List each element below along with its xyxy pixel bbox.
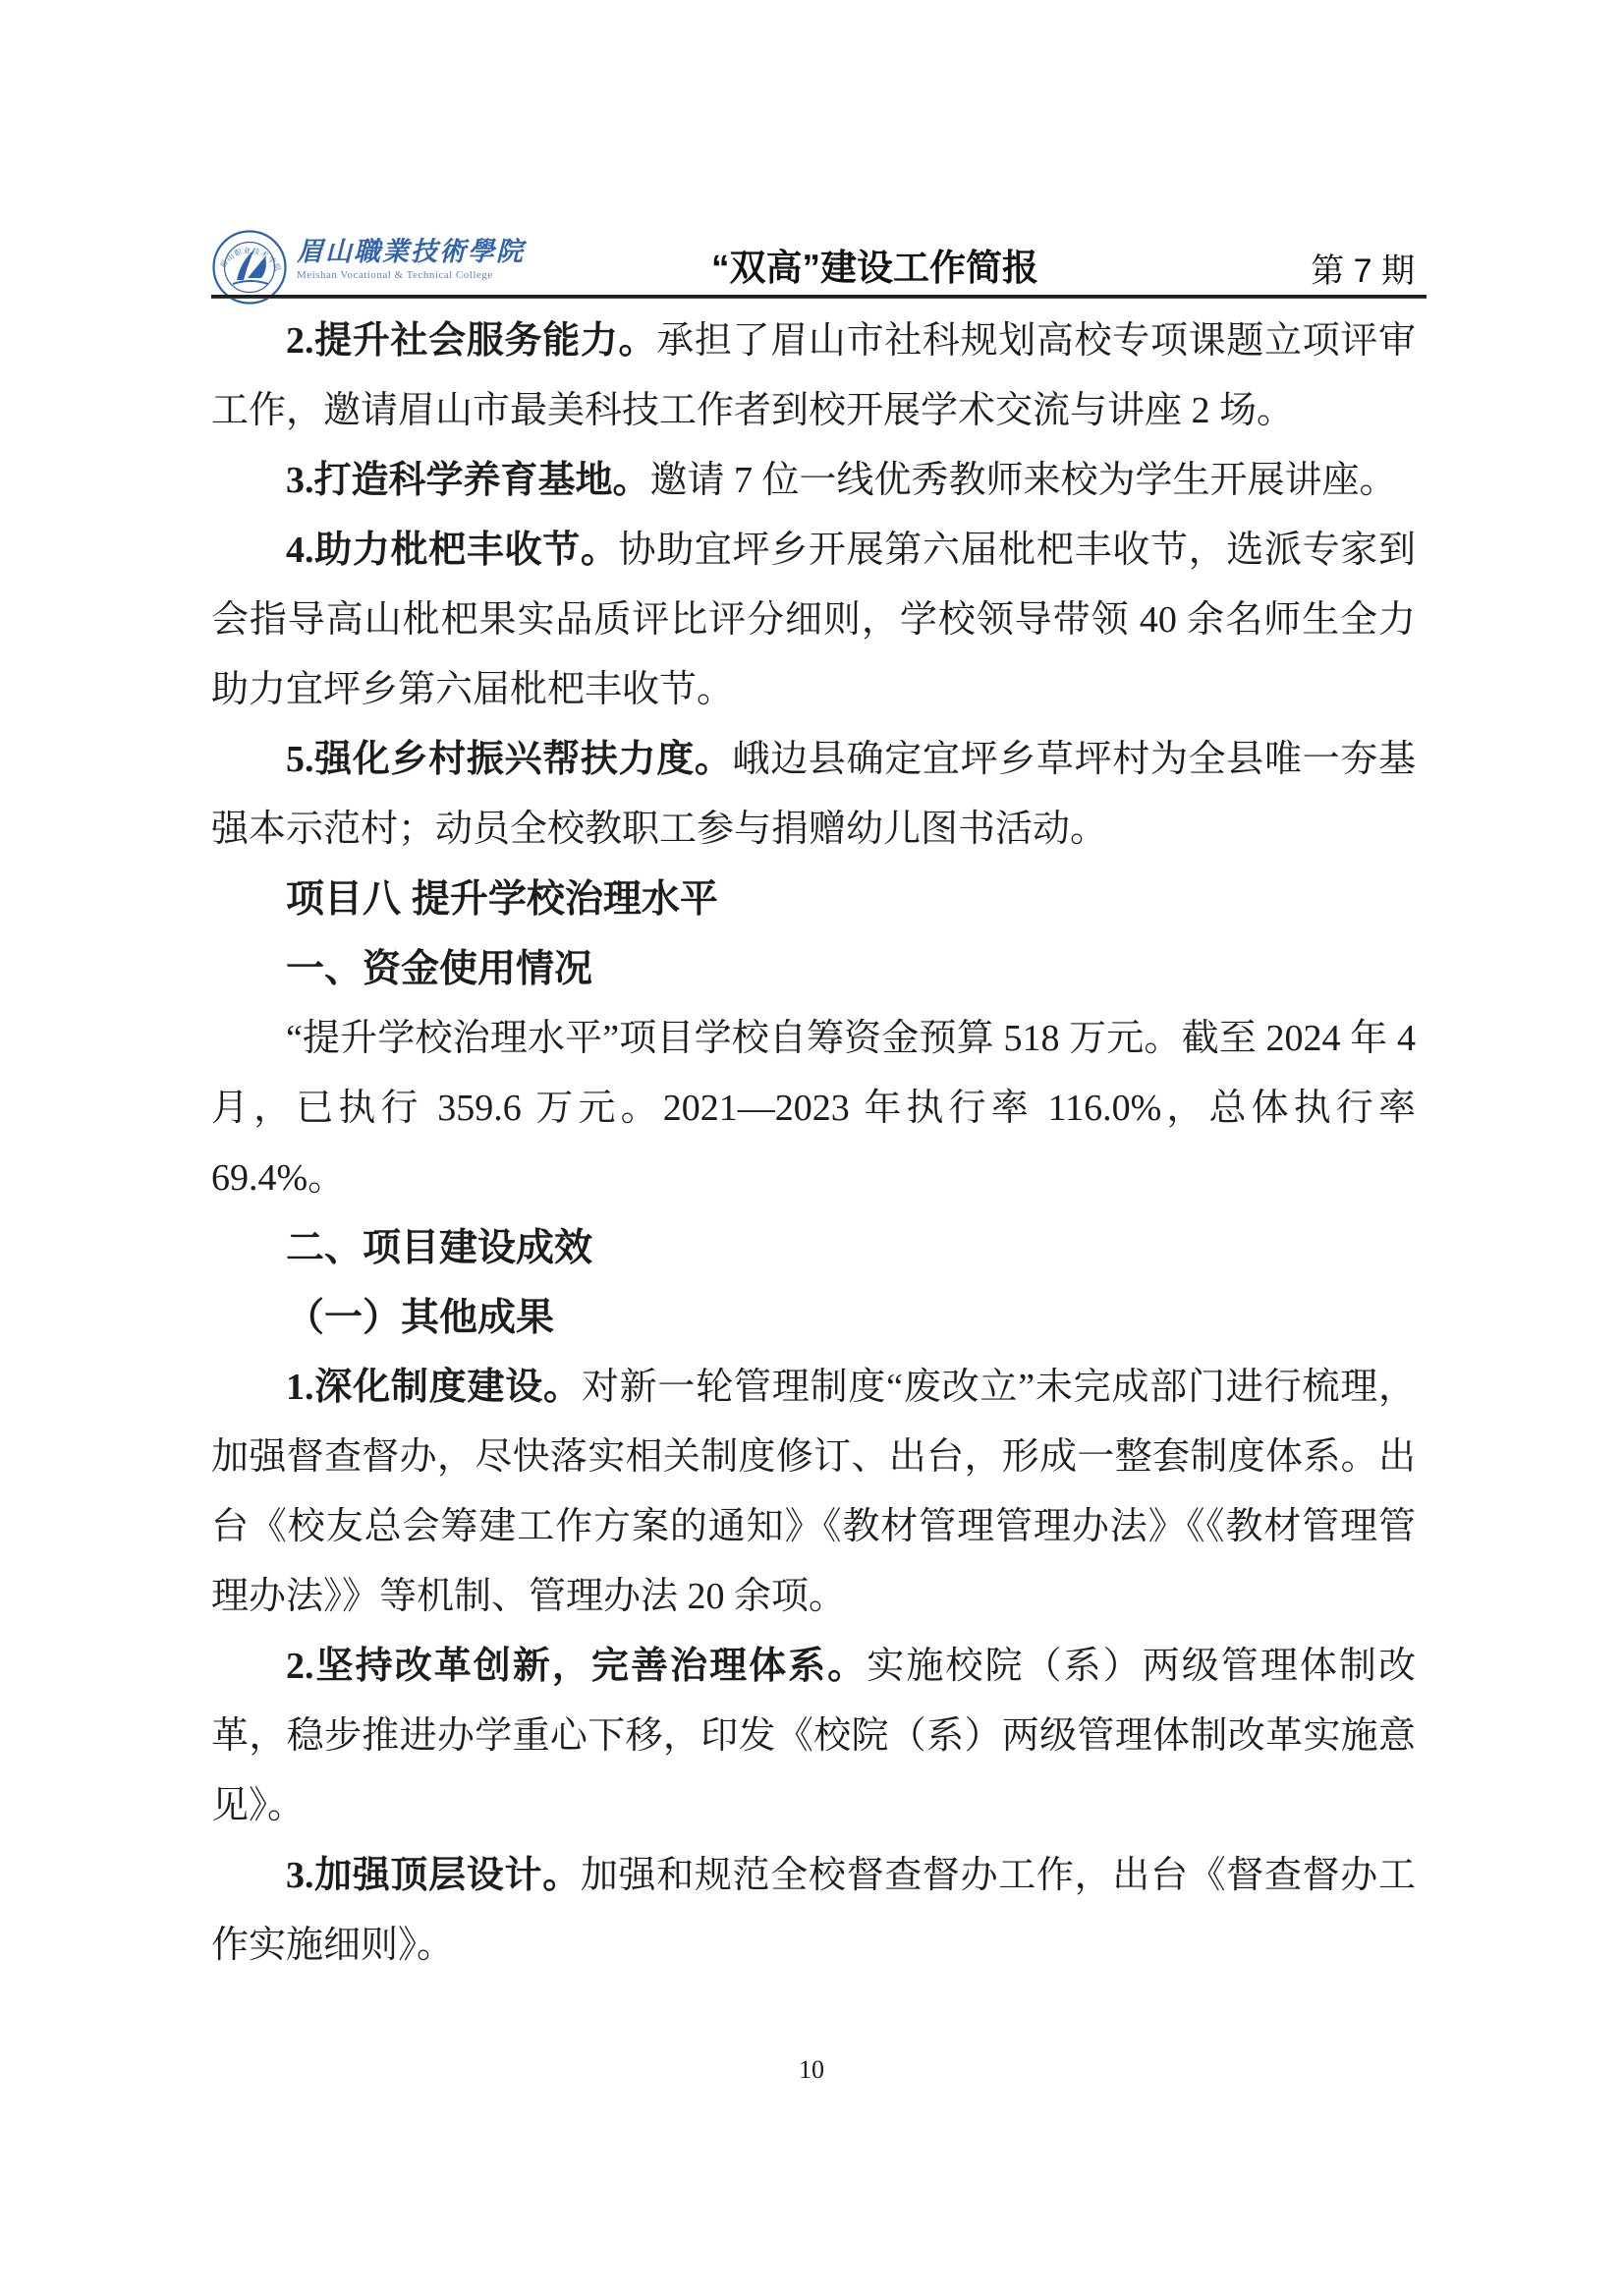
para-loquat-festival: 4.助力枇杷丰收节。协助宜坪乡开展第六届枇杷丰收节，选派专家到会指导高山枇杷果实…: [211, 516, 1416, 725]
para-system-construction: 1.深化制度建设。对新一轮管理制度“废改立”未完成部门进行梳理，加强督查督办，尽…: [211, 1353, 1416, 1632]
para-fund-usage: “提升学校治理水平”项目学校自筹资金预算 518 万元。截至 2024 年 4 …: [211, 1004, 1416, 1213]
para-lead: 3.加强顶层设计。: [286, 1855, 581, 1896]
heading-fund-usage: 一、资金使用情况: [211, 934, 1416, 1004]
document-header: 眉山职业技术学院 眉山職業技術學院 Meishan Vocational & T…: [0, 0, 1623, 314]
page-number: 10: [0, 2055, 1623, 2085]
para-science-base: 3.打造科学养育基地。邀请 7 位一线优秀教师来校为学生开展讲座。: [211, 446, 1416, 516]
para-text: 邀请 7 位一线优秀教师来校为学生开展讲座。: [650, 460, 1397, 501]
para-social-service: 2.提升社会服务能力。承担了眉山市社科规划高校专项课题立项评审工作，邀请眉山市最…: [211, 307, 1416, 446]
para-lead: 1.深化制度建设。: [286, 1367, 582, 1408]
document-page: 眉山职业技术学院 眉山職業技術學院 Meishan Vocational & T…: [0, 0, 1623, 2296]
para-lead: 5.强化乡村振兴帮扶力度。: [286, 739, 733, 780]
para-lead: 2.坚持改革创新，完善治理体系。: [286, 1646, 867, 1687]
para-top-level-design: 3.加强顶层设计。加强和规范全校督查督办工作，出台《督查督办工作实施细则》。: [211, 1841, 1416, 1981]
seal-glyph-stroke-right: [248, 256, 266, 278]
heading-project-eight: 项目八 提升学校治理水平: [211, 865, 1416, 934]
header-divider: [211, 295, 1427, 299]
svg-text:眉山职业技术学院: 眉山职业技术学院: [218, 245, 283, 273]
para-reform-innovation: 2.坚持改革创新，完善治理体系。实施校院（系）两级管理体制改革，稳步推进办学重心…: [211, 1632, 1416, 1841]
bulletin-title: “双高”建设工作简报: [711, 248, 1038, 289]
heading-project-results: 二、项目建设成效: [211, 1213, 1416, 1283]
para-lead: 2.提升社会服务能力。: [286, 320, 656, 362]
issue-number: 第 7 期: [1311, 252, 1415, 291]
para-lead: 3.打造科学养育基地。: [286, 460, 650, 501]
para-lead: 4.助力枇杷丰收节。: [286, 530, 619, 571]
seal-arc-text: 眉山职业技术学院: [218, 245, 283, 273]
college-name-english: Meishan Vocational & Technical College: [297, 269, 525, 281]
heading-other-results: （一）其他成果: [211, 1283, 1416, 1353]
seal-glyph-base-stroke: [233, 281, 268, 284]
college-logo-text: 眉山職業技術學院 Meishan Vocational & Technical …: [297, 229, 525, 281]
para-text: “提升学校治理水平”项目学校自筹资金预算 518 万元。截至 2024 年 4 …: [211, 1018, 1416, 1199]
document-body: 2.提升社会服务能力。承担了眉山市社科规划高校专项课题立项评审工作，邀请眉山市最…: [211, 307, 1416, 1981]
college-name-chinese: 眉山職業技術學院: [297, 237, 525, 266]
para-rural-revitalization: 5.强化乡村振兴帮扶力度。峨边县确定宜坪乡草坪村为全县唯一夯基强本示范村；动员全…: [211, 725, 1416, 865]
